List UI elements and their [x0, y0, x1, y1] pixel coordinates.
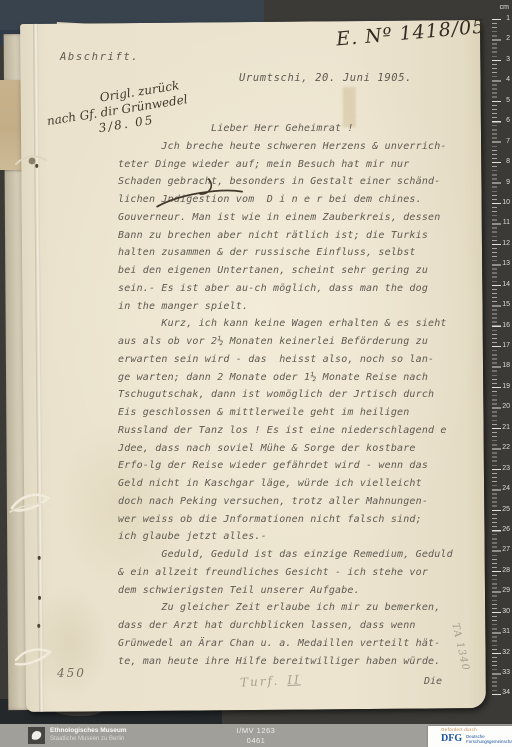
letter-line: & ein allzeit freundliches Gesicht - ich…	[118, 564, 453, 582]
pencil-collection-numeral: II	[287, 672, 301, 687]
letter-line: sein.- Es ist aber au-ch möglich, dass m…	[118, 280, 453, 298]
letter-line: bei den eigenen Untertanen, scheint sehr…	[118, 262, 453, 280]
letter-line: in the manger spielt.	[118, 298, 453, 316]
binding-hole	[38, 596, 41, 600]
pencil-collection-word: Turf.	[240, 674, 280, 690]
binding-hole	[37, 624, 40, 628]
letter-line: doch nach Peking versuchen, trotz aller …	[118, 493, 453, 511]
letter-line: teter Dinge wieder auf; mein Besuch hat …	[118, 156, 453, 174]
letter-line: wer weiss ob die Jnformationen nicht fal…	[118, 511, 453, 529]
letter-line: ge warten; dann 2 Monate oder 1½ Monate …	[118, 369, 453, 387]
binding-thread	[8, 486, 56, 520]
digitization-footer: Ethnologisches Museum Staatliche Museen …	[0, 724, 512, 747]
letter-line: Eis geschlossen & mittlerweile geht im h…	[118, 404, 453, 422]
copy-label: Abschrift.	[60, 51, 139, 63]
binding-thread	[14, 150, 50, 174]
letter-line: Russland der Tanz los ! Es ist eine nied…	[118, 422, 453, 440]
dfg-abbr: DFG	[441, 733, 462, 744]
letter-line: Erfo-lg der Reise wieder gefährdet wird …	[118, 457, 453, 475]
dateline: Urumtschi, 20. Juni 1905.	[239, 72, 412, 84]
letter-line: te, man heute ihre Hilfe bereitwilliger …	[118, 653, 453, 671]
letter-line: ich glaube jetzt alles.-	[118, 528, 453, 546]
ruler-unit-label: cm	[500, 4, 509, 11]
cm-ruler: cm 1234567891011121314151617181920212223…	[492, 19, 512, 695]
letter-line: erwarten sein wird - das heisst also, no…	[118, 351, 453, 369]
letter-line: dem schwierigsten Teil unserer Aufgabe.	[118, 582, 453, 600]
letter-line: Bann zu brechen aber nicht rätlich ist; …	[118, 227, 453, 245]
letter-line: Jdee, dass nach soviel Mühe & Sorge der …	[118, 440, 453, 458]
ruler-scale: 1234567891011121314151617181920212223242…	[492, 19, 512, 714]
dfg-logo: Gefördert durch DFG Deutsche Forschungsg…	[428, 726, 512, 747]
letter-line: halten zusammen & der russische Einfluss…	[118, 244, 453, 262]
letter-line: Zu gleicher Zeit erlaube ich mir zu beme…	[118, 599, 453, 617]
catchword: Die	[424, 676, 442, 687]
letter-line: Tschugutschak, dann ist womöglich der Jr…	[118, 386, 453, 404]
letter-line: dass der Arzt hat durchblicken lassen, d…	[118, 617, 453, 635]
dfg-name: Deutsche Forschungsgemeinschaft	[466, 734, 512, 744]
letter-line: Jch breche heute schweren Herzens & unve…	[118, 138, 453, 156]
letter-line: Geduld, Geduld ist das einzige Remedium,…	[118, 546, 453, 564]
letter-line: Kurz, ich kann keine Wagen erhalten & es…	[118, 315, 453, 333]
ruler-mark: 34	[492, 693, 512, 713]
letter-line: Grünwedel an Ärar Chan u. a. Medaillen v…	[118, 635, 453, 653]
letter-line: aus als ob vor 2½ Monaten keinerlei Befö…	[118, 333, 453, 351]
dfg-funded-by: Gefördert durch	[441, 727, 477, 732]
binding-hole	[38, 556, 41, 560]
binding-thread	[12, 642, 56, 672]
pencil-page-number: 450	[57, 666, 86, 680]
letter-line: Geld nicht in Kaschgar läge, würde ich v…	[118, 475, 453, 493]
